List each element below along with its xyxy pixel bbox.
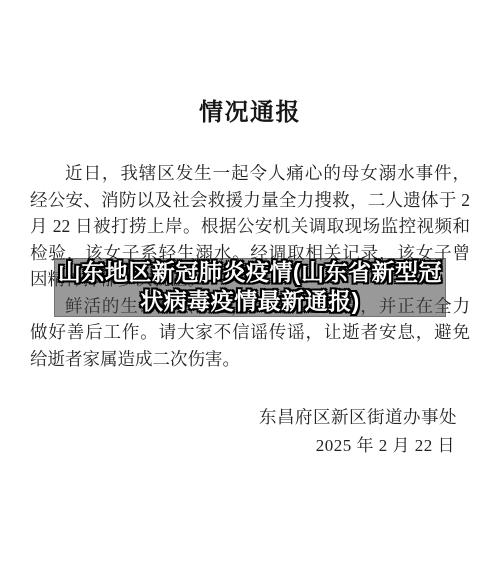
notice-title: 情况通报	[0, 92, 500, 127]
issuing-office-signature: 东昌府区新区街道办事处	[259, 404, 457, 429]
notice-body-line: 近日，我辖区发生一起令人痛心的母女溺水事件，	[30, 160, 470, 187]
headline-line-2: 状病毒疫情最新通报)	[0, 287, 500, 316]
notice-document: 情况通报 近日，我辖区发生一起令人痛心的母女溺水事件， 经公安、消防以及社会救援…	[0, 0, 500, 572]
notice-date: 2025 年 2 月 22 日	[316, 431, 455, 456]
notice-body-line: 月 22 日被打捞上岸。根据公安机关调取现场监控视频和	[30, 213, 470, 240]
notice-body-line: 做好善后工作。请大家不信谣传谣，让逝者安息，避免	[30, 319, 470, 346]
notice-body-line: 给逝者家属造成二次伤害。	[30, 346, 470, 373]
headline-overlay: 山东地区新冠肺炎疫情(山东省新型冠 状病毒疫情最新通报)	[0, 258, 500, 315]
headline-line-1: 山东地区新冠肺炎疫情(山东省新型冠	[0, 258, 500, 287]
notice-body-line: 经公安、消防以及社会救援力量全力搜救，二人遗体于 2	[30, 187, 470, 214]
